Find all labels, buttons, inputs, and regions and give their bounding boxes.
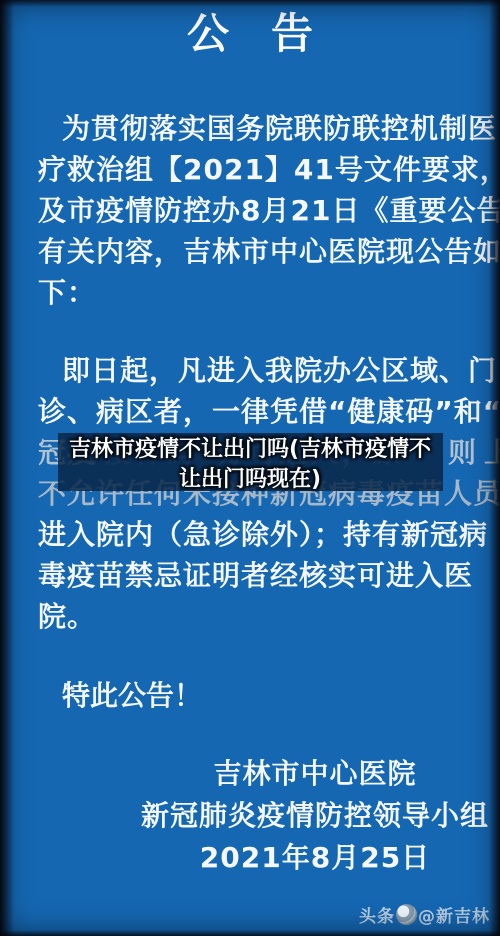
notice-line: 进入院内（急诊除外）；持有新冠病 [38, 514, 478, 555]
watermark: 头条 @新吉林 [359, 902, 490, 927]
notice-line: 院。 [38, 596, 478, 637]
notice-line: 为贯彻落实国务院联防联控机制医 [38, 108, 478, 149]
seo-caption-line1: 吉林市疫情不让出门吗(吉林市疫情不 [20, 435, 480, 465]
signature-hospital: 吉林市中心医院 [140, 753, 490, 795]
watermark-handle: @新吉林 [418, 902, 490, 927]
notice-paragraph-1: 为贯彻落实国务院联防联控机制医 疗救治组【2021】41号文件要求，以 及市疫情… [38, 108, 478, 313]
toutiao-logo-icon [396, 904, 417, 925]
signature-date: 2021年8月25日 [140, 837, 490, 879]
notice-signature: 吉林市中心医院 新冠肺炎疫情防控领导小组 2021年8月25日 [140, 753, 490, 879]
notice-line: 及市疫情防控办8月21日《重要公告》 [38, 190, 478, 231]
notice-line: 有关内容，吉林市中心医院现公告如 [38, 231, 478, 272]
notice-title: 公 告 [0, 10, 500, 58]
notice-line: 毒疫苗禁忌证明者经核实可进入医 [38, 555, 478, 596]
photo-edge-shadow-top [0, 0, 500, 7]
notice-line: 下： [38, 272, 478, 313]
notice-line: 疗救治组【2021】41号文件要求，以 [38, 149, 478, 190]
notice-line: 即日起，凡进入我院办公区域、门 [38, 350, 478, 391]
seo-caption: 吉林市疫情不让出门吗(吉林市疫情不 让出门吗现在) [20, 435, 480, 495]
signature-group: 新冠肺炎疫情防控领导小组 [140, 795, 490, 837]
photo-edge-shadow-left [0, 0, 14, 936]
watermark-prefix: 头条 [359, 902, 395, 927]
seo-caption-line2: 让出门吗现在) [20, 465, 480, 495]
photo-edge-shadow-bottom [0, 930, 500, 936]
notice-line: 诊、病区者，一律凭借“健康码”和“新 [38, 391, 478, 432]
notice-closing: 特此公告！ [38, 675, 478, 716]
notice-photo: 公 告 为贯彻落实国务院联防联控机制医 疗救治组【2021】41号文件要求，以 … [0, 0, 500, 936]
